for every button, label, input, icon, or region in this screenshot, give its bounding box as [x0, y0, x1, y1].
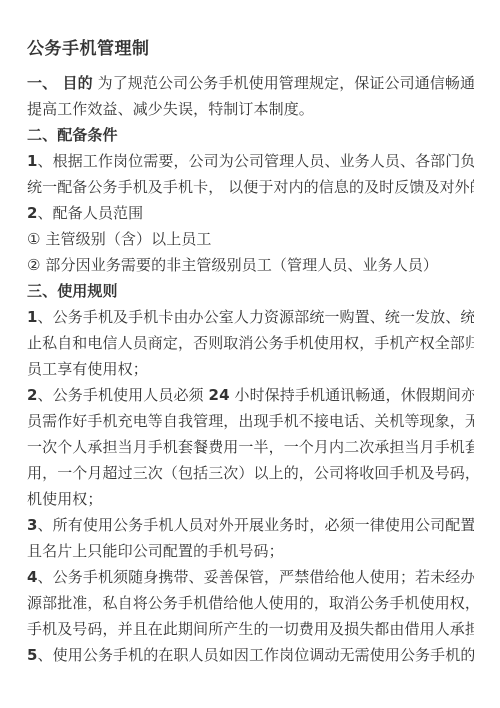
document-body: 一、 目的 为了规范公司公务手机使用管理规定，保证公司通信畅通，确保信息及时传递…	[27, 70, 474, 668]
document-page: 公务手机管理制 一、 目的 为了规范公司公务手机使用管理规定，保证公司通信畅通，…	[0, 0, 500, 708]
text-line: 1、根据工作岗位需要，公司为公司管理人员、业务人员、各部门负责人等人员	[27, 148, 474, 174]
text-line: 一、 目的 为了规范公司公务手机使用管理规定，保证公司通信畅通，确保信息及时传递…	[27, 70, 474, 96]
text-line: 统一配备公务手机及手机卡， 以便于对内的信息的及时反馈及对外的业务联系。	[27, 174, 474, 200]
text-segment: 、公务手机使用人员必须	[38, 386, 209, 404]
text-segment: 小时保持手机通讯畅通，休假期间亦然。使用人	[230, 386, 474, 404]
text-line: 员需作好手机充电等自我管理，出现手机不接电话、关机等现象，无特殊情况	[27, 408, 474, 434]
text-line: 提高工作效益、减少失误，特制订本制度。	[27, 96, 474, 122]
text-segment: 员需作好手机充电等自我管理，出现手机不接电话、关机等现象，无特殊情况	[27, 412, 474, 430]
text-segment: 2	[27, 386, 38, 404]
text-segment: 5	[27, 646, 38, 664]
text-segment: 为了规范公司公务手机使用管理规定，保证公司通信畅通，确保信息及时传递，	[93, 74, 474, 92]
text-line: ① 主管级别（含）以上员工	[27, 226, 474, 252]
text-line: 二、配备条件	[27, 122, 474, 148]
text-line: 5、使用公务手机的在职人员如因工作岗位调动无需使用公务手机的，需将公务	[27, 642, 474, 668]
text-segment: 止私自和电信人员商定，否则取消公务手机使用权，手机产权全部归公司所有，	[27, 334, 474, 352]
text-segment: 用，一个月超过三次（包括三次）以上的，公司将收回手机及号码，取消公务手	[27, 464, 474, 482]
text-segment: 1	[27, 152, 38, 170]
text-line: 手机及号码，并且在此期间所产生的一切费用及损失都由借用人承担；	[27, 616, 474, 642]
text-segment: ① 主管级别（含）以上员工	[27, 230, 212, 248]
text-line: 三、使用规则	[27, 278, 474, 304]
text-segment: 二、配备条件	[27, 126, 118, 144]
text-segment: 且名片上只能印公司配置的手机号码；	[27, 542, 284, 560]
text-segment: 一次个人承担当月手机套餐费用一半，一个月内二次承担当月手机套餐全部费	[27, 438, 474, 456]
text-segment: 、公务手机及手机卡由办公室人力资源部统一购置、统一发放、统一缴费，禁	[38, 308, 474, 326]
document-title: 公务手机管理制	[27, 36, 474, 62]
text-line: 一次个人承担当月手机套餐费用一半，一个月内二次承担当月手机套餐全部费	[27, 434, 474, 460]
text-segment: 提高工作效益、减少失误，特制订本制度。	[27, 100, 314, 118]
text-segment: 24	[209, 386, 230, 404]
text-line: 3、所有使用公务手机人员对外开展业务时，必须一律使用公司配置的手机号码	[27, 512, 474, 538]
text-line: 且名片上只能印公司配置的手机号码；	[27, 538, 474, 564]
text-line: 1、公务手机及手机卡由办公室人力资源部统一购置、统一发放、统一缴费，禁	[27, 304, 474, 330]
text-line: ② 部分因业务需要的非主管级别员工（管理人员、业务人员）	[27, 252, 474, 278]
text-segment: 员工享有使用权；	[27, 360, 148, 378]
text-segment: 手机及号码，并且在此期间所产生的一切费用及损失都由借用人承担；	[27, 620, 474, 638]
text-segment: 、使用公务手机的在职人员如因工作岗位调动无需使用公务手机的，需将公务	[38, 646, 474, 664]
text-segment: 源部批准，私自将公务手机借给他人使用的，取消公务手机使用权，公司将收回	[27, 594, 474, 612]
text-segment: 三、使用规则	[27, 282, 118, 300]
text-line: 用，一个月超过三次（包括三次）以上的，公司将收回手机及号码，取消公务手	[27, 460, 474, 486]
text-line: 2、公务手机使用人员必须 24 小时保持手机通讯畅通，休假期间亦然。使用人	[27, 382, 474, 408]
text-segment: ② 部分因业务需要的非主管级别员工（管理人员、业务人员）	[27, 256, 438, 274]
text-segment: 4	[27, 568, 38, 586]
text-line: 4、公务手机须随身携带、妥善保管，严禁借给他人使用；若未经办公室人力资	[27, 564, 474, 590]
text-segment: 、根据工作岗位需要，公司为公司管理人员、业务人员、各部门负责人等人员	[38, 152, 474, 170]
text-line: 机使用权；	[27, 486, 474, 512]
text-segment: 3	[27, 516, 38, 534]
text-segment: 统一配备公务手机及手机卡， 以便于对内的信息的及时反馈及对外的业务联系。	[27, 178, 474, 196]
text-segment: 1	[27, 308, 38, 326]
text-segment: 2	[27, 204, 38, 222]
text-line: 止私自和电信人员商定，否则取消公务手机使用权，手机产权全部归公司所有，	[27, 330, 474, 356]
text-line: 源部批准，私自将公务手机借给他人使用的，取消公务手机使用权，公司将收回	[27, 590, 474, 616]
text-segment: 机使用权；	[27, 490, 103, 508]
text-segment: 、配备人员范围	[38, 204, 144, 222]
text-segment: 、公务手机须随身携带、妥善保管，严禁借给他人使用；若未经办公室人力资	[38, 568, 474, 586]
text-segment: 一、 目的	[27, 74, 93, 92]
text-line: 员工享有使用权；	[27, 356, 474, 382]
text-line: 2、配备人员范围	[27, 200, 474, 226]
text-segment: 、所有使用公务手机人员对外开展业务时，必须一律使用公司配置的手机号码	[38, 516, 474, 534]
